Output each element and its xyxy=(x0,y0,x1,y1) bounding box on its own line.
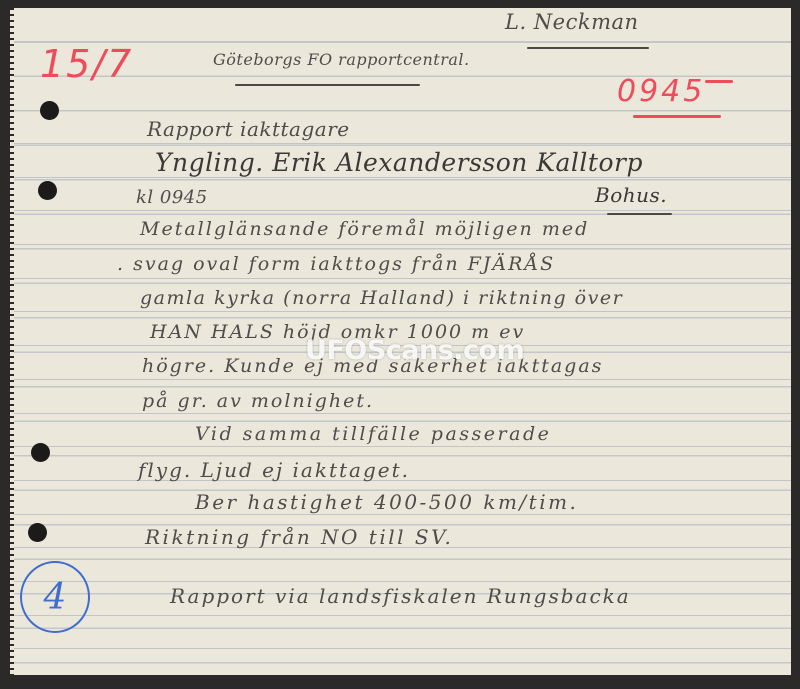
report-source: Göteborgs FO rapportcentral. xyxy=(213,50,470,69)
location-underline xyxy=(607,213,672,215)
source-underline xyxy=(235,84,420,86)
text-line: Bohus. xyxy=(595,183,667,207)
perforated-edge xyxy=(10,8,14,675)
text-line: Yngling. Erik Alexandersson Kalltorp xyxy=(155,148,643,177)
text-line: Metallglänsande föremål möjligen med xyxy=(140,218,589,240)
text-line: Rapport iakttagare xyxy=(147,117,350,141)
case-number: 15/7 xyxy=(40,42,133,86)
author-underline xyxy=(527,47,649,49)
binder-hole xyxy=(28,523,47,542)
binder-hole xyxy=(38,181,57,200)
text-line: . svag oval form iakttogs från FJÄRÅS xyxy=(117,253,555,275)
author-name: L. Neckman xyxy=(505,10,639,34)
circled-number-text: 4 xyxy=(44,577,67,618)
binder-hole xyxy=(31,443,50,462)
time-underline xyxy=(633,115,721,118)
text-line: Ber hastighet 400-500 km/tim. xyxy=(195,490,578,514)
text-line: flyg. Ljud ej iakttaget. xyxy=(138,458,410,482)
circled-page-number: 4 xyxy=(20,561,90,633)
text-line: på gr. av molnighet. xyxy=(142,390,374,412)
text-line: gamla kyrka (norra Halland) i riktning ö… xyxy=(140,287,623,309)
text-line: Riktning från NO till SV. xyxy=(145,525,453,549)
text-line: kl 0945 xyxy=(136,187,208,208)
text-line: Rapport via landsfiskalen Rungsbacka xyxy=(170,584,631,608)
time-red: 0945 xyxy=(617,74,705,109)
watermark: UFOScans.com xyxy=(305,335,524,366)
text-line: Vid samma tillfälle passerade xyxy=(195,423,551,445)
binder-hole xyxy=(40,101,59,120)
time-underline-top xyxy=(705,80,733,83)
